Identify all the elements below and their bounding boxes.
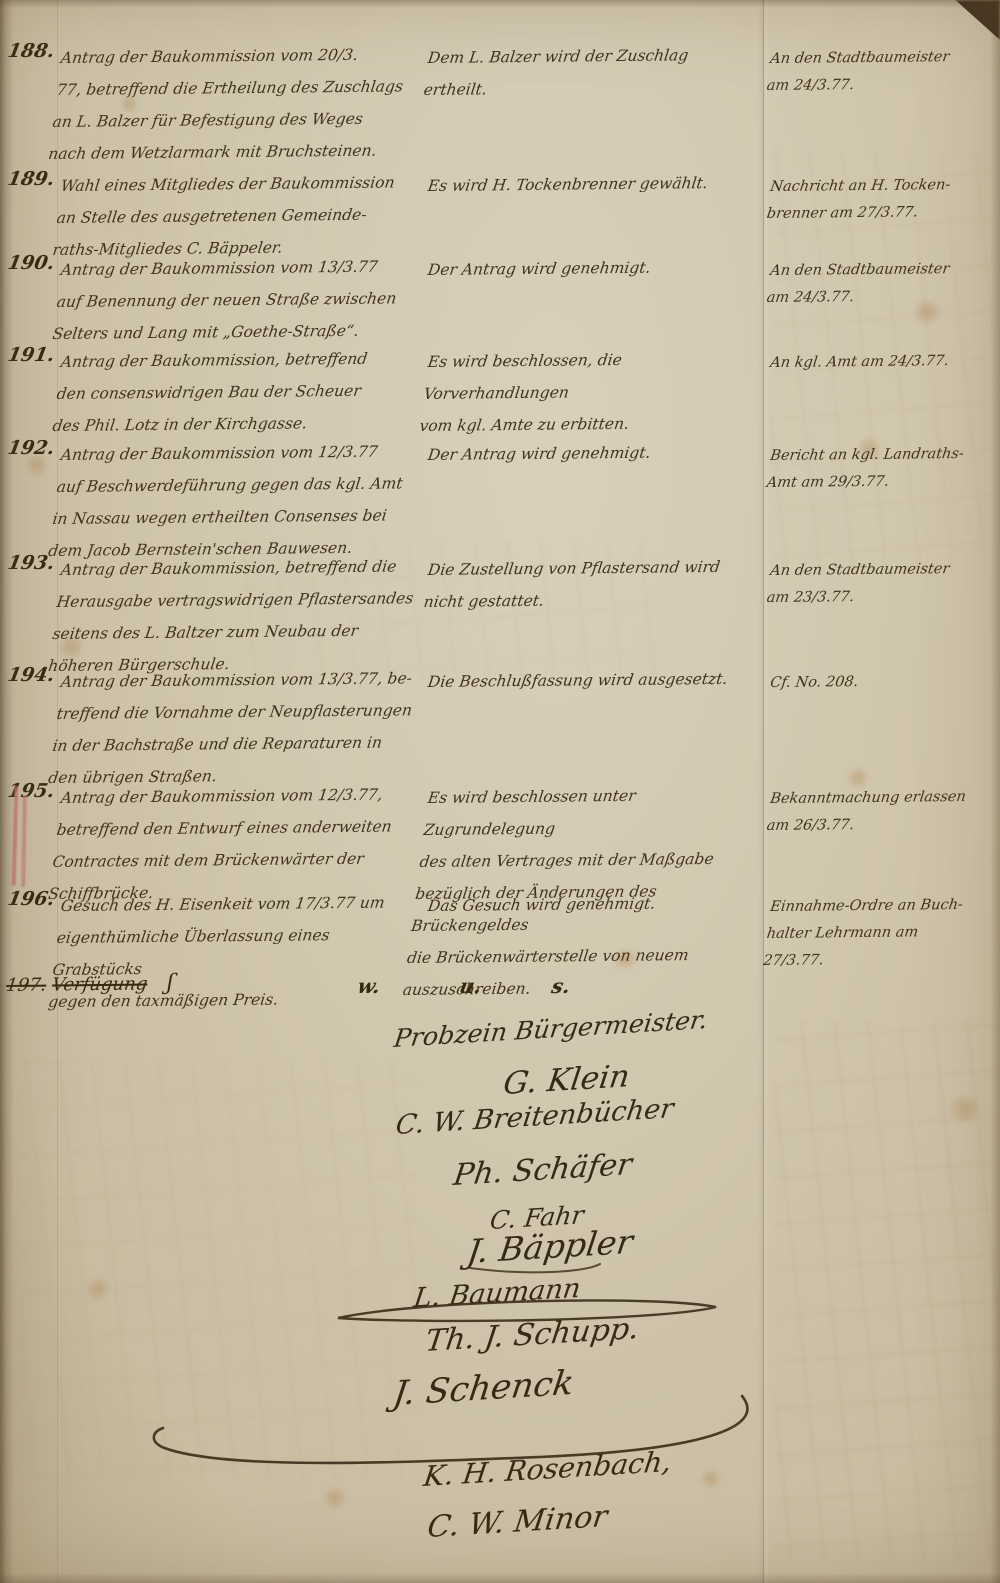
entry-subject: Antrag der Baukommission vom 13/3.77, be… [46,662,429,794]
entry-subject: Antrag der Baukommission vom 12/3.77 auf… [46,435,429,567]
entry-decision: Die Zustellung von Pflastersand wird nic… [422,550,767,618]
margin-red-mark [21,795,27,887]
entry-number: 190. [6,252,62,274]
entry-number: 192. [6,437,62,459]
page-edge-left [0,0,14,1583]
entry-decision: Dem L. Balzer wird der Zuschlag ertheilt… [422,38,767,106]
entry-note: An den Stadtbaumeister am 24/3.77. [765,44,994,100]
entry-subject: Antrag der Baukommission vom 13/3.77 auf… [51,250,430,350]
foxing-stain [88,1276,108,1302]
signature-klein: G. Klein [501,1058,632,1102]
entry-note: Bekanntmachung erlassen am 26/3.77. [765,784,994,840]
foxing-stain [322,1488,348,1508]
signature-breitenbuecher: C. W. Breitenbücher [394,1093,676,1141]
foxing-stain [948,1096,982,1122]
foxing-stain [700,1470,722,1488]
entry-decision: Es wird H. Tockenbrenner gewählt. [426,166,767,202]
entry-number: 193. [6,552,62,574]
entry-subject: Antrag der Baukommission, betreffend den… [51,342,430,442]
entry-note: An den Stadtbaumeister am 24/3.77. [765,256,994,312]
ink-bleedthrough [20,1060,420,1480]
entry-decision: Die Beschlußfassung wird ausgesetzt. [426,662,767,698]
entry-decision: Der Antrag wird genehmigt. [426,250,767,286]
entry-subject: Gesuch des H. Eisenkeit vom 17/3.77 um e… [46,886,429,1018]
entry-decision: Es wird beschlossen, die Vorverhandlunge… [418,342,767,442]
entry-note: Nachricht an H. Tocken- brenner am 27/3.… [765,172,994,228]
signature-schupp: Th. J. Schupp. [423,1311,641,1359]
entry-number: 188. [6,40,62,62]
entry-number: 191. [6,344,62,366]
signature-schenck: J. Schenck [391,1363,577,1414]
entry-number: 189. [6,168,62,190]
entry-decision: Der Antrag wird genehmigt. [426,435,767,471]
entry-decision: Das Gesuch wird genehmigt. [426,886,767,922]
entry-note: Einnahme-Ordre an Buch- halter Lehrmann … [761,892,994,975]
entry-subject: Antrag der Baukommission vom 20/3. 77, b… [46,38,429,170]
signature-mayor: Probzein Bürgermeister. [392,1005,709,1053]
entry-note: An kgl. Amt am 24/3.77. [768,348,994,377]
signature-baumann: L. Baumann [412,1273,583,1314]
page-edge-right [990,0,1000,1583]
signature-rosenbach: K. H. Rosenbach, [422,1445,674,1493]
struck-entry-label: Verfügung [51,974,149,996]
manuscript-page: 188. Antrag der Baukommission vom 20/3. … [0,0,1000,1583]
entry-number: 196. [6,888,62,910]
entry-note: Cf. No. 208. [768,668,994,697]
entry-note: Bericht an kgl. Landraths- Amt am 29/3.7… [765,441,994,497]
entry-note: An den Stadtbaumeister am 23/3.77. [765,556,994,612]
page-edge-top [0,0,1000,8]
signature-minor: C. W. Minor [425,1499,609,1545]
struck-entry-197: 197. Verfügung ʃ [5,970,175,997]
page-edge-bottom [0,1573,1000,1583]
entry-number: 194. [6,664,62,686]
signature-schaefer: Ph. Schäfer [451,1147,634,1193]
